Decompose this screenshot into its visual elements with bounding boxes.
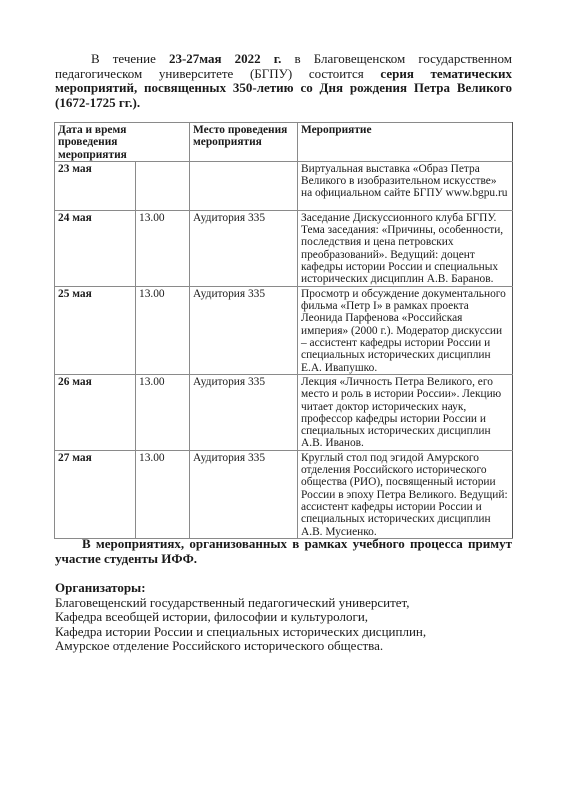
row-place: Аудитория 335 [190, 286, 298, 374]
table-row: 26 мая 13.00 Аудитория 335 Лекция «Лично… [55, 374, 513, 450]
organizer-item: Кафедра истории России и специальных ист… [55, 625, 512, 640]
row-event: Лекция «Личность Петра Великого, его мес… [298, 374, 513, 450]
row-event: Просмотр и обсуждение документального фи… [298, 286, 513, 374]
organizer-item: Благовещенский государственный педагогич… [55, 596, 512, 611]
document-page: В течение 23-27мая 2022 г. в Благовещенс… [0, 0, 565, 800]
intro-paragraph: В течение 23-27мая 2022 г. в Благовещенс… [55, 52, 512, 110]
row-date: 27 мая [55, 450, 136, 538]
table-header-row: Дата и время проведения мероприятия Мест… [55, 123, 513, 162]
row-date: 26 мая [55, 374, 136, 450]
participants-note: В мероприятиях, организованных в рамках … [55, 537, 512, 566]
row-place: Аудитория 335 [190, 374, 298, 450]
table-row: 25 мая 13.00 Аудитория 335 Просмотр и об… [55, 286, 513, 374]
header-event: Мероприятие [298, 123, 513, 162]
row-time: 13.00 [136, 210, 190, 286]
events-table: Дата и время проведения мероприятия Мест… [54, 122, 513, 539]
row-event: Виртуальная выставка «Образ Петра Велико… [298, 161, 513, 210]
row-place: Аудитория 335 [190, 210, 298, 286]
organizer-item: Кафедра всеобщей истории, философии и ку… [55, 610, 512, 625]
row-place: Аудитория 335 [190, 450, 298, 538]
row-time: 13.00 [136, 450, 190, 538]
row-event: Заседание Дискуссионного клуба БГПУ. Тем… [298, 210, 513, 286]
organizer-item: Амурское отделение Российского историчес… [55, 639, 512, 654]
header-place: Место проведения мероприятия [190, 123, 298, 162]
header-datetime: Дата и время проведения мероприятия [55, 123, 190, 162]
row-time: 13.00 [136, 374, 190, 450]
organizers-title: Организаторы: [55, 581, 512, 596]
table-row: 23 мая Виртуальная выставка «Образ Петра… [55, 161, 513, 210]
row-place [190, 161, 298, 210]
row-date: 23 мая [55, 161, 136, 210]
intro-dates: 23-27мая 2022 г. [169, 51, 281, 66]
row-time: 13.00 [136, 286, 190, 374]
intro-text-start: В течение [91, 51, 169, 66]
row-date: 24 мая [55, 210, 136, 286]
row-event: Круглый стол под эгидой Амурского отделе… [298, 450, 513, 538]
table-row: 24 мая 13.00 Аудитория 335 Заседание Дис… [55, 210, 513, 286]
row-date: 25 мая [55, 286, 136, 374]
organizers-block: Организаторы: Благовещенский государстве… [55, 581, 512, 654]
table-row: 27 мая 13.00 Аудитория 335 Круглый стол … [55, 450, 513, 538]
row-time [136, 161, 190, 210]
